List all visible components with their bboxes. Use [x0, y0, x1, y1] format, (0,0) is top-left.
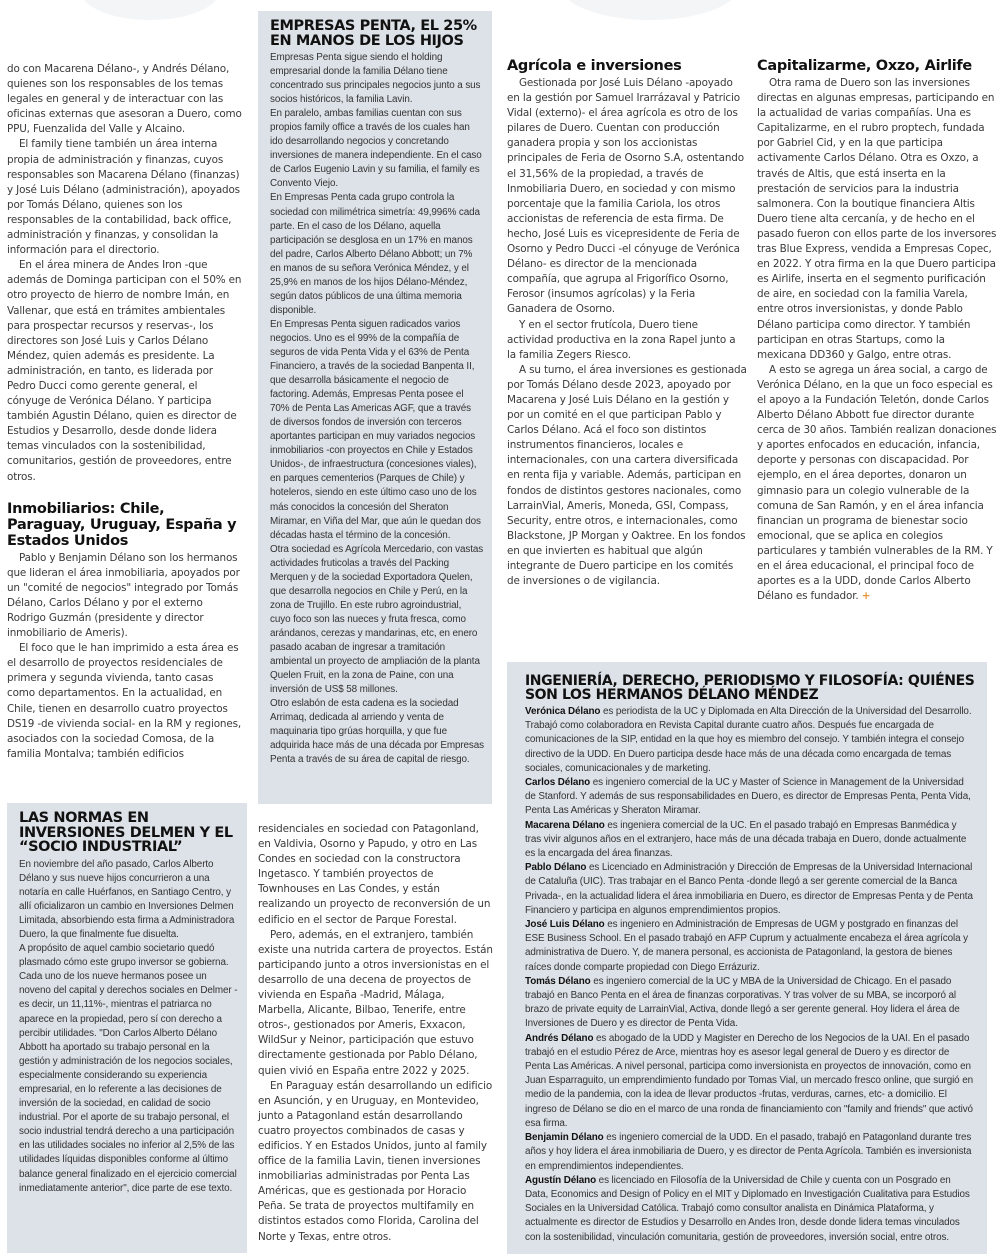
box-paragraph: Empresas Penta sigue siendo el holding e…	[270, 51, 484, 107]
bio-name: Benjamin Délano	[525, 1132, 604, 1143]
bio-entry: Agustín Délano es licenciado en Filosofí…	[525, 1174, 975, 1245]
article-paragraph: Otra rama de Duero son las inversiones d…	[757, 76, 997, 363]
bio-entry: Macarena Délano es ingeniera comercial d…	[525, 819, 975, 862]
box-paragraph: En paralelo, ambas familias cuentan con …	[270, 107, 484, 191]
box-title: Las normas en Inversiones Delmen y el “s…	[19, 811, 239, 855]
article-paragraph-text: A esto se agrega un área social, a cargo…	[757, 364, 996, 602]
sidebar-box-delmen: Las normas en Inversiones Delmen y el “s…	[7, 803, 247, 1253]
bio-name: Andrés Délano	[525, 1033, 593, 1044]
box-title: Empresas Penta, el 25% en manos de los h…	[270, 19, 484, 48]
bio-text: es abogado de la UDD y Magister en Derec…	[525, 1033, 973, 1129]
bio-entry: Benjamin Délano es ingeniero comercial d…	[525, 1131, 975, 1174]
box-body: En noviembre del año pasado, Carlos Albe…	[19, 858, 239, 1196]
article-paragraph: Y en el sector frutícola, Duero tiene ac…	[507, 318, 747, 363]
bio-name: Tomás Délano	[525, 976, 591, 987]
article-paragraph: A esto se agrega un área social, a cargo…	[757, 363, 997, 605]
article-column-4: Capitalizarme, Oxzo, Airlife Otra rama d…	[757, 58, 997, 604]
section-heading-capitalizarme: Capitalizarme, Oxzo, Airlife	[757, 58, 997, 74]
bio-name: Verónica Délano	[525, 706, 600, 717]
article-column-2-bottom: residenciales en sociedad con Patagonlan…	[258, 822, 494, 1245]
bio-entry: Tomás Délano es ingeniero comercial de l…	[525, 975, 975, 1032]
bio-name: Carlos Délano	[525, 777, 590, 788]
bio-text: es ingeniero comercial de la UC y MBA de…	[525, 976, 960, 1030]
bio-entry: Carlos Délano es ingeniero comercial de …	[525, 776, 975, 819]
bio-name: Macarena Délano	[525, 820, 605, 831]
article-paragraph: do con Macarena Délano-, y Andrés Délano…	[7, 62, 243, 137]
box-paragraph: Otro eslabón de esta cadena es la socied…	[270, 697, 484, 767]
background-shape	[560, 0, 740, 20]
box-paragraph: En Empresas Penta cada grupo controla la…	[270, 191, 484, 317]
bio-name: Agustín Délano	[525, 1175, 596, 1186]
section-heading-agricola: Agrícola e inversiones	[507, 58, 747, 74]
box-title: Ingeniería, derecho, periodismo y filoso…	[525, 674, 975, 702]
article-paragraph: Gestionada por José Luis Délano -apoyado…	[507, 76, 747, 318]
article-column-3: Agrícola e inversiones Gestionada por Jo…	[507, 58, 747, 589]
box-paragraph: En Empresas Penta siguen radicados vario…	[270, 318, 484, 543]
bio-name: Pablo Délano	[525, 862, 586, 873]
sidebar-box-hermanos: Ingeniería, derecho, periodismo y filoso…	[507, 662, 987, 1254]
box-paragraph: Otra sociedad es Agrícola Mercedario, co…	[270, 543, 484, 698]
article-column-1: do con Macarena Délano-, y Andrés Délano…	[7, 62, 243, 762]
box-body: Verónica Délano es periodista de la UC y…	[525, 705, 975, 1245]
box-paragraph: En noviembre del año pasado, Carlos Albe…	[19, 858, 239, 943]
article-paragraph: El foco que le han imprimido a esta área…	[7, 641, 243, 762]
bio-text: es ingeniero comercial de la UC y Master…	[525, 777, 971, 816]
background-shape	[80, 0, 220, 20]
section-heading-inmobiliarios: Inmobiliarios: Chile, Paraguay, Uruguay,…	[7, 501, 243, 549]
article-paragraph: El family tiene también un área interna …	[7, 137, 243, 258]
article-paragraph: residenciales en sociedad con Patagonlan…	[258, 822, 494, 928]
article-paragraph: En Paraguay están desarrollando un edifi…	[258, 1079, 494, 1245]
bio-entry: Andrés Délano es abogado de la UDD y Mag…	[525, 1032, 975, 1131]
end-mark-icon: +	[862, 590, 871, 602]
bio-entry: Pablo Délano es Licenciado en Administra…	[525, 861, 975, 918]
sidebar-box-penta: Empresas Penta, el 25% en manos de los h…	[258, 11, 492, 804]
box-body: Empresas Penta sigue siendo el holding e…	[270, 51, 484, 767]
bio-entry: José Luis Délano es ingeniero en Adminis…	[525, 918, 975, 975]
box-paragraph: A propósito de aquel cambio societario q…	[19, 942, 239, 1196]
bio-name: José Luis Délano	[525, 919, 605, 930]
article-paragraph: Pero, además, en el extranjero, también …	[258, 928, 494, 1079]
bio-entry: Verónica Délano es periodista de la UC y…	[525, 705, 975, 776]
article-paragraph: A su turno, el área inversiones es gesti…	[507, 363, 747, 589]
article-paragraph: En el área minera de Andes Iron -que ade…	[7, 258, 243, 484]
article-paragraph: Pablo y Benjamin Délano son los hermanos…	[7, 551, 243, 642]
bio-text: es Licenciado en Administración y Direcc…	[525, 862, 973, 916]
